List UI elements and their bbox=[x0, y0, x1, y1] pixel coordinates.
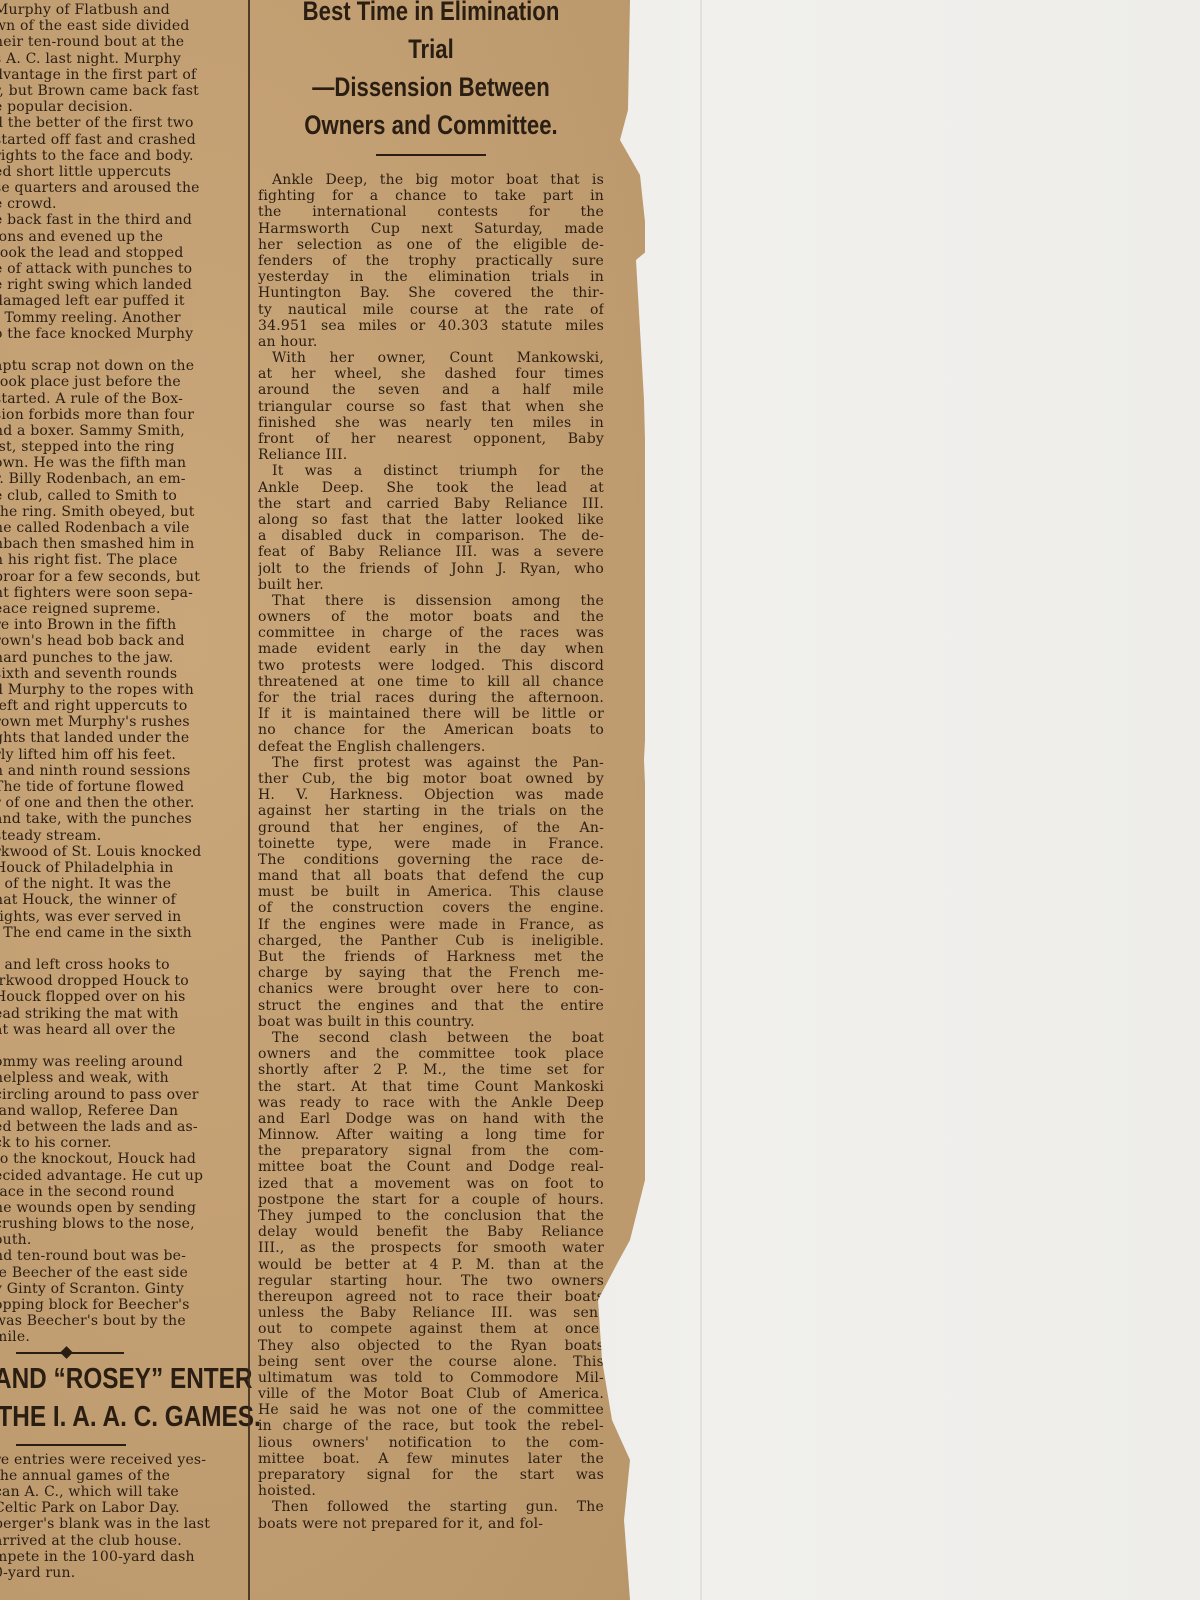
text-line: shortly after 2 P. M., the time set for bbox=[258, 1062, 604, 1078]
text-line: Celtic Park on Labor Day. bbox=[0, 1500, 240, 1516]
text-line: dvantage in the first part of bbox=[0, 67, 240, 83]
text-line: charge by saying that the French me- bbox=[258, 965, 604, 981]
text-line: crushing blows to the nose, bbox=[0, 1216, 240, 1232]
article-paragraph: Ankle Deep, the big motor boat that isfi… bbox=[258, 172, 604, 350]
text-line: aptu scrap not down on the bbox=[0, 358, 240, 374]
text-line: ommy was reeling around bbox=[0, 1054, 240, 1070]
text-line: If the engines were made in France, as bbox=[258, 917, 604, 933]
text-line: against her starting in the trials on th… bbox=[258, 803, 604, 819]
text-line: . The end came in the sixth bbox=[0, 925, 240, 941]
text-line: ground that her engines, of the An- bbox=[258, 820, 604, 836]
text-line: re into Brown in the fifth bbox=[0, 617, 240, 633]
text-line bbox=[0, 941, 240, 957]
text-line: He said he was not one of the committee bbox=[258, 1402, 604, 1418]
text-line: ghts that landed under the bbox=[0, 730, 240, 746]
headline-rule bbox=[376, 154, 486, 156]
text-line: an hour. bbox=[258, 334, 604, 350]
text-line: ed short little uppercuts bbox=[0, 164, 240, 180]
text-line: feat of Baby Reliance III. was a severe bbox=[258, 544, 604, 560]
article-paragraph: It was a distinct triumph for theAnkle D… bbox=[258, 463, 604, 593]
text-line: hat Houck, the winner of bbox=[0, 892, 240, 908]
text-line: in charge of the race, but took the rebe… bbox=[258, 1418, 604, 1434]
text-line: defeat the English challengers. bbox=[258, 739, 604, 755]
text-line: sixth and seventh rounds bbox=[0, 666, 240, 682]
text-line: took the lead and stopped bbox=[0, 245, 240, 261]
text-line: ty nautical mile course at the rate of bbox=[258, 302, 604, 318]
text-line: Ankle Deep, the big motor boat that is bbox=[258, 172, 604, 188]
text-line: the start. At that time Count Mankoski bbox=[258, 1079, 604, 1095]
text-line: mpete in the 100-yard dash bbox=[0, 1549, 240, 1565]
right-column: Best Time in Elimination Trial —Dissensi… bbox=[258, 0, 604, 1532]
text-line: mile. bbox=[0, 1329, 240, 1345]
text-line: toinette type, were made in France. bbox=[258, 836, 604, 852]
text-line: out to compete against them at once. bbox=[258, 1321, 604, 1337]
text-line: started. A rule of the Box- bbox=[0, 391, 240, 407]
text-line: regular starting hour. The two owners bbox=[258, 1273, 604, 1289]
text-line: left and right uppercuts to bbox=[0, 698, 240, 714]
text-line: being sent over the course alone. This bbox=[258, 1354, 604, 1370]
text-line: The conditions governing the race de- bbox=[258, 852, 604, 868]
text-line: mittee boat. A few minutes later the bbox=[258, 1451, 604, 1467]
games-story: re entries were received yes-the annual … bbox=[0, 1452, 240, 1582]
text-line: Harmsworth Cup next Saturday, made bbox=[258, 221, 604, 237]
article-paragraph: The second clash between the boatowners … bbox=[258, 1030, 604, 1499]
text-line: ultimatum was told to Commodore Mil- bbox=[258, 1370, 604, 1386]
ornament-divider bbox=[16, 1352, 124, 1354]
article-body: Ankle Deep, the big motor boat that isfi… bbox=[258, 172, 604, 1532]
text-line: lious owners' notification to the com- bbox=[258, 1435, 604, 1451]
text-line: t of the night. It was the bbox=[0, 876, 240, 892]
text-line: Houck flopped over on his bbox=[0, 989, 240, 1005]
text-line: le Beecher of the east side bbox=[0, 1265, 240, 1281]
text-line: Murphy of Flatbush and bbox=[0, 2, 240, 18]
text-line: nt fighters were soon sepa- bbox=[0, 585, 240, 601]
text-line: at her wheel, she dashed four times bbox=[258, 366, 604, 382]
text-line: steady stream. bbox=[0, 828, 240, 844]
text-line: se quarters and aroused the bbox=[0, 180, 240, 196]
text-line: hoisted. bbox=[258, 1483, 604, 1499]
text-line: 0-yard run. bbox=[0, 1565, 240, 1581]
text-line: r, but Brown came back fast bbox=[0, 83, 240, 99]
text-line: finished she was nearly ten miles in bbox=[258, 415, 604, 431]
text-line: yesterday in the elimination trials in bbox=[258, 269, 604, 285]
text-line: charged, the Panther Cub is ineligible. bbox=[258, 933, 604, 949]
text-line: The tide of fortune flowed bbox=[0, 779, 240, 795]
text-line: at was heard all over the bbox=[0, 1022, 240, 1038]
headline-rule bbox=[16, 1444, 126, 1446]
text-line: the international contests for the bbox=[258, 204, 604, 220]
text-line: r of one and then the other. bbox=[0, 795, 240, 811]
text-line: y Ginty of Scranton. Ginty bbox=[0, 1281, 240, 1297]
text-line: jolt to the friends of John J. Ryan, who bbox=[258, 561, 604, 577]
text-line: heir ten-round bout at the bbox=[0, 34, 240, 50]
text-line: threatened at one time to kill all chanc… bbox=[258, 674, 604, 690]
text-line: nd ten-round bout was be- bbox=[0, 1248, 240, 1264]
text-line: ck to his corner. bbox=[0, 1135, 240, 1151]
text-line: s A. C. last night. Murphy bbox=[0, 51, 240, 67]
text-line: mand that all boats that defend the cup bbox=[258, 868, 604, 884]
text-line: rkwood of St. Louis knocked bbox=[0, 844, 240, 860]
text-line: no chance for the American boats to bbox=[258, 722, 604, 738]
text-line: Minnow. After waiting a long time for bbox=[258, 1127, 604, 1143]
text-line: fenders of the trophy practically sure bbox=[258, 253, 604, 269]
text-line: fights, was ever served in bbox=[0, 909, 240, 925]
text-line: outh. bbox=[0, 1232, 240, 1248]
games-headline-line-2: THE I. A. A. C. GAMES. bbox=[0, 1398, 201, 1436]
article-paragraph: With her owner, Count Mankowski,at her w… bbox=[258, 350, 604, 463]
text-line: 34.951 sea miles or 40.303 statute miles bbox=[258, 318, 604, 334]
text-line: ions and evened up the bbox=[0, 229, 240, 245]
text-line: land wallop, Referee Dan bbox=[0, 1103, 240, 1119]
text-line: of the construction covers the engine. bbox=[258, 900, 604, 916]
text-line: owners of the motor boats and the bbox=[258, 609, 604, 625]
text-line: ized that a movement was on foot to bbox=[258, 1176, 604, 1192]
text-line: irkwood dropped Houck to bbox=[0, 973, 240, 989]
text-line: t Tommy reeling. Another bbox=[0, 310, 240, 326]
text-line: committee in charge of the races was bbox=[258, 625, 604, 641]
text-line: can A. C., which will take bbox=[0, 1484, 240, 1500]
text-line: With her owner, Count Mankowski, bbox=[258, 350, 604, 366]
text-line: helpless and weak, with bbox=[0, 1070, 240, 1086]
text-line: took place just before the bbox=[0, 374, 240, 390]
text-line: her selection as one of the eligible de- bbox=[258, 237, 604, 253]
text-line: They jumped to the conclusion that the bbox=[258, 1208, 604, 1224]
headline-line-2: —Dissension Between bbox=[289, 68, 573, 106]
text-line: nd a boxer. Sammy Smith, bbox=[0, 423, 240, 439]
text-line: to the knockout, Houck had bbox=[0, 1151, 240, 1167]
text-line: e right swing which landed bbox=[0, 277, 240, 293]
text-line: If it is maintained there will be little… bbox=[258, 706, 604, 722]
games-headline-line-1: AND “ROSEY” ENTER bbox=[0, 1360, 201, 1398]
text-line: for the trial races during the afternoon… bbox=[258, 690, 604, 706]
text-line: the annual games of the bbox=[0, 1468, 240, 1484]
text-line: delay would benefit the Baby Reliance bbox=[258, 1224, 604, 1240]
text-line: would be better at 4 P. M. than at the bbox=[258, 1257, 604, 1273]
text-line: face in the second round bbox=[0, 1184, 240, 1200]
text-line: a disabled duck in comparison. The de- bbox=[258, 528, 604, 544]
text-line: e of attack with punches to bbox=[0, 261, 240, 277]
text-line: rown's head bob back and bbox=[0, 633, 240, 649]
text-line: mittee boat the Count and Dodge real- bbox=[258, 1159, 604, 1175]
text-line: ecided advantage. He cut up bbox=[0, 1168, 240, 1184]
text-line: owners and the committee took place bbox=[258, 1046, 604, 1062]
text-line: III., as the prospects for smooth water bbox=[258, 1240, 604, 1256]
text-line: the start and carried Baby Reliance III. bbox=[258, 496, 604, 512]
text-line: That there is dissension among the bbox=[258, 593, 604, 609]
boxing-story: Murphy of Flatbush andwn of the east sid… bbox=[0, 0, 240, 1346]
text-line: Huntington Bay. She covered the thir- bbox=[258, 285, 604, 301]
text-line: proar for a few seconds, but bbox=[0, 569, 240, 585]
text-line: h his right fist. The place bbox=[0, 552, 240, 568]
text-line: and Earl Dodge was on hand with the bbox=[258, 1111, 604, 1127]
text-line: wn of the east side divided bbox=[0, 18, 240, 34]
text-line: circling around to pass over bbox=[0, 1087, 240, 1103]
text-line: damaged left ear puffed it bbox=[0, 293, 240, 309]
text-line: d the better of the first two bbox=[0, 115, 240, 131]
text-line: preparatory signal for the start was bbox=[258, 1467, 604, 1483]
text-line: and take, with the punches bbox=[0, 811, 240, 827]
text-line: ist, stepped into the ring bbox=[0, 439, 240, 455]
text-line: n and ninth round sessions bbox=[0, 763, 240, 779]
text-line: rly lifted him off his feet. bbox=[0, 747, 240, 763]
text-line: chanics were brought over here to con- bbox=[258, 981, 604, 997]
text-line: But the friends of Harkness met the bbox=[258, 949, 604, 965]
text-line: postpone the start for a couple of hours… bbox=[258, 1192, 604, 1208]
text-line: Houck of Philadelphia in bbox=[0, 860, 240, 876]
newspaper-clipping: Murphy of Flatbush andwn of the east sid… bbox=[0, 0, 645, 1600]
headline-line-1: Best Time in Elimination Trial bbox=[289, 0, 573, 68]
text-line: e club, called to Smith to bbox=[0, 488, 240, 504]
text-line: o the face knocked Murphy bbox=[0, 326, 240, 342]
text-line: ther Cub, the big motor boat owned by bbox=[258, 771, 604, 787]
text-line: r. Billy Rodenbach, an em- bbox=[0, 471, 240, 487]
text-line: nbach then smashed him in bbox=[0, 536, 240, 552]
left-column: Murphy of Flatbush andwn of the east sid… bbox=[0, 0, 240, 1581]
article-paragraph: Then followed the starting gun. Theboats… bbox=[258, 1499, 604, 1531]
text-line: the ring. Smith obeyed, but bbox=[0, 504, 240, 520]
text-line: ead striking the mat with bbox=[0, 1006, 240, 1022]
text-line: he wounds open by sending bbox=[0, 1200, 240, 1216]
text-line: front of her nearest opponent, Baby bbox=[258, 431, 604, 447]
text-line: e crowd. bbox=[0, 196, 240, 212]
text-line: ville of the Motor Boat Club of America. bbox=[258, 1386, 604, 1402]
text-line: boat was built in this country. bbox=[258, 1014, 604, 1030]
headline-line-3: Owners and Committee. bbox=[289, 106, 573, 144]
text-line: made evident early in the day when bbox=[258, 641, 604, 657]
text-line: around the seven and a half mile bbox=[258, 382, 604, 398]
text-line: sion forbids more than four bbox=[0, 407, 240, 423]
text-line: eace reigned supreme. bbox=[0, 601, 240, 617]
text-line: d Murphy to the ropes with bbox=[0, 682, 240, 698]
text-line: Then followed the starting gun. The bbox=[258, 1499, 604, 1515]
text-line: arrived at the club house. bbox=[0, 1533, 240, 1549]
text-line: The first protest was against the Pan- bbox=[258, 755, 604, 771]
article-paragraph: The first protest was against the Pan-th… bbox=[258, 755, 604, 1030]
text-line: built her. bbox=[258, 577, 604, 593]
text-line: must be built in America. This clause bbox=[258, 884, 604, 900]
text-line: own. He was the fifth man bbox=[0, 455, 240, 471]
text-line: the preparatory signal from the com- bbox=[258, 1143, 604, 1159]
text-line: unless the Baby Reliance III. was sent bbox=[258, 1305, 604, 1321]
text-line: he called Rodenbach a vile bbox=[0, 520, 240, 536]
text-line: Reliance III. bbox=[258, 447, 604, 463]
text-line: It was a distinct triumph for the bbox=[258, 463, 604, 479]
text-line: fighting for a chance to take part in bbox=[258, 188, 604, 204]
text-line: started off fast and crashed bbox=[0, 132, 240, 148]
text-line: was ready to race with the Ankle Deep bbox=[258, 1095, 604, 1111]
text-line bbox=[0, 1038, 240, 1054]
text-line: rown met Murphy's rushes bbox=[0, 714, 240, 730]
text-line: They also objected to the Ryan boats bbox=[258, 1338, 604, 1354]
column-rule bbox=[248, 0, 250, 1600]
text-line: two protests were lodged. This discord bbox=[258, 658, 604, 674]
text-line: triangular course so fast that when she bbox=[258, 399, 604, 415]
text-line: re entries were received yes- bbox=[0, 1452, 240, 1468]
article-paragraph: That there is dissension among theowners… bbox=[258, 593, 604, 755]
text-line: hard punches to the jaw. bbox=[0, 650, 240, 666]
text-line: H. V. Harkness. Objection was made bbox=[258, 787, 604, 803]
text-line: The second clash between the boat bbox=[258, 1030, 604, 1046]
text-line bbox=[0, 342, 240, 358]
text-line: along so fast that the latter looked lik… bbox=[258, 512, 604, 528]
text-line: berger's blank was in the last bbox=[0, 1516, 240, 1532]
text-line: thereupon agreed not to race their boats bbox=[258, 1289, 604, 1305]
text-line: e popular decision. bbox=[0, 99, 240, 115]
text-line: t and left cross hooks to bbox=[0, 957, 240, 973]
text-line: was Beecher's bout by the bbox=[0, 1313, 240, 1329]
text-line: boats were not prepared for it, and fol- bbox=[258, 1516, 604, 1532]
backing-sheet-crease bbox=[700, 0, 702, 1600]
text-line: e back fast in the third and bbox=[0, 212, 240, 228]
text-line: struct the engines and that the entire bbox=[258, 998, 604, 1014]
text-line: opping block for Beecher's bbox=[0, 1297, 240, 1313]
text-line: Ankle Deep. She took the lead at bbox=[258, 480, 604, 496]
text-line: ed between the lads and as- bbox=[0, 1119, 240, 1135]
text-line: rights to the face and body. bbox=[0, 148, 240, 164]
